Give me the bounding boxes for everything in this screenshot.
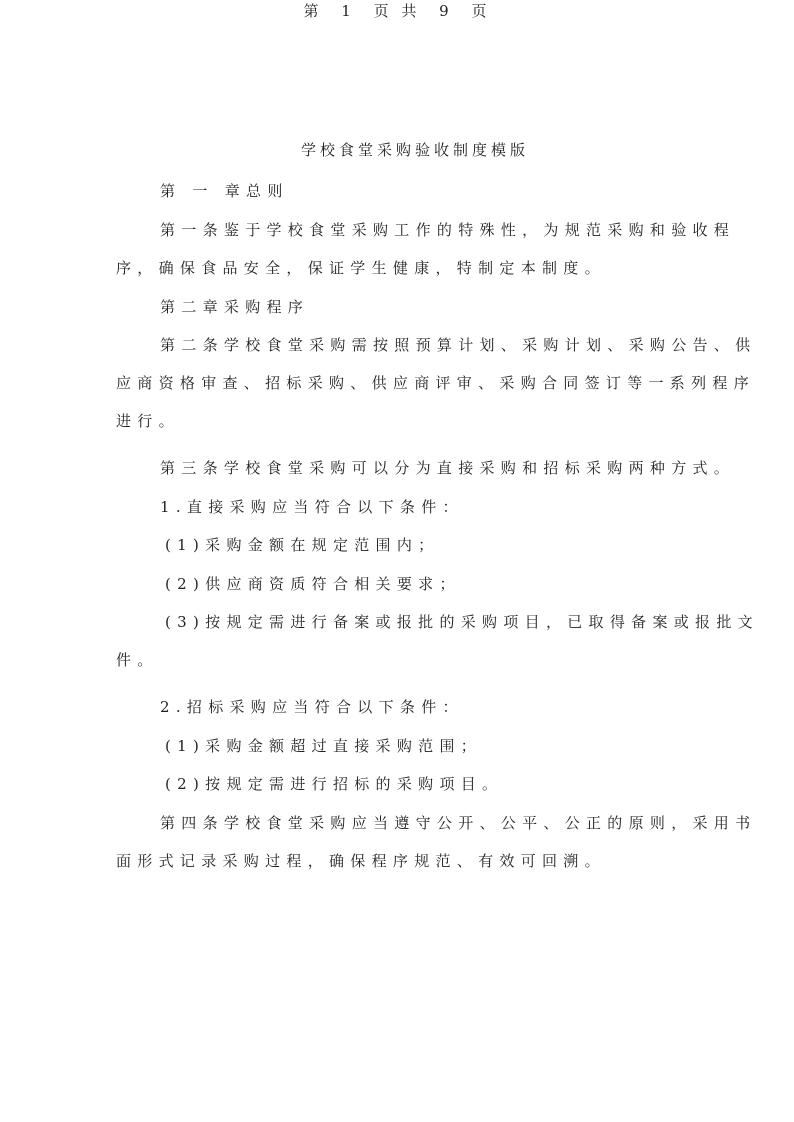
text-line: 第四条学校食堂采购应当遵守公开、公平、公正的原则，采用书 [160, 813, 756, 833]
text-line: 序，确保食品安全，保证学生健康，特制定本制度。 [116, 258, 606, 278]
text-line: (2)按规定需进行招标的采购项目。 [165, 774, 503, 794]
text-line: (3)按规定需进行备案或报批的采购项目，已取得备案或报批文 [165, 612, 759, 632]
text-line: 第三条学校食堂采购可以分为直接采购和招标采购两种方式。 [160, 458, 735, 478]
text-line: 第一条鉴于学校食堂采购工作的特殊性，为规范采购和验收程 [160, 220, 735, 240]
document-page: 学校食堂采购验收制度模版 第 一 章总则第一条鉴于学校食堂采购工作的特殊性，为规… [0, 0, 794, 1122]
footer-page-number: 1 [341, 2, 355, 20]
text-line: 件。 [116, 650, 159, 670]
text-line: (2)供应商资质符合相关要求； [165, 574, 461, 594]
text-line: 应商资格审查、招标采购、供应商评审、采购合同签订等一系列程序 [116, 373, 755, 393]
footer-middle: 页 共 [374, 2, 421, 20]
text-line: 1.直接采购应当符合以下条件： [160, 497, 464, 517]
text-line: 进行。 [116, 411, 180, 431]
document-title: 学校食堂采购验收制度模版 [0, 140, 794, 160]
text-line: 第 一 章总则 [160, 181, 289, 201]
footer-total-pages: 9 [439, 2, 453, 20]
page-footer: 第 1 页 共 9 页 [0, 0, 794, 21]
footer-prefix: 第 [303, 2, 322, 20]
text-line: (1)采购金额在规定范围内； [165, 535, 439, 555]
text-line: 第二章采购程序 [160, 297, 309, 317]
footer-suffix: 页 [472, 2, 491, 20]
text-line: 2.招标采购应当符合以下条件： [160, 697, 464, 717]
text-line: 面形式记录采购过程，确保程序规范、有效可回溯。 [116, 851, 606, 871]
text-line: 第二条学校食堂采购需按照预算计划、采购计划、采购公告、供 [160, 335, 756, 355]
text-line: (1)采购金额超过直接采购范围； [165, 736, 482, 756]
